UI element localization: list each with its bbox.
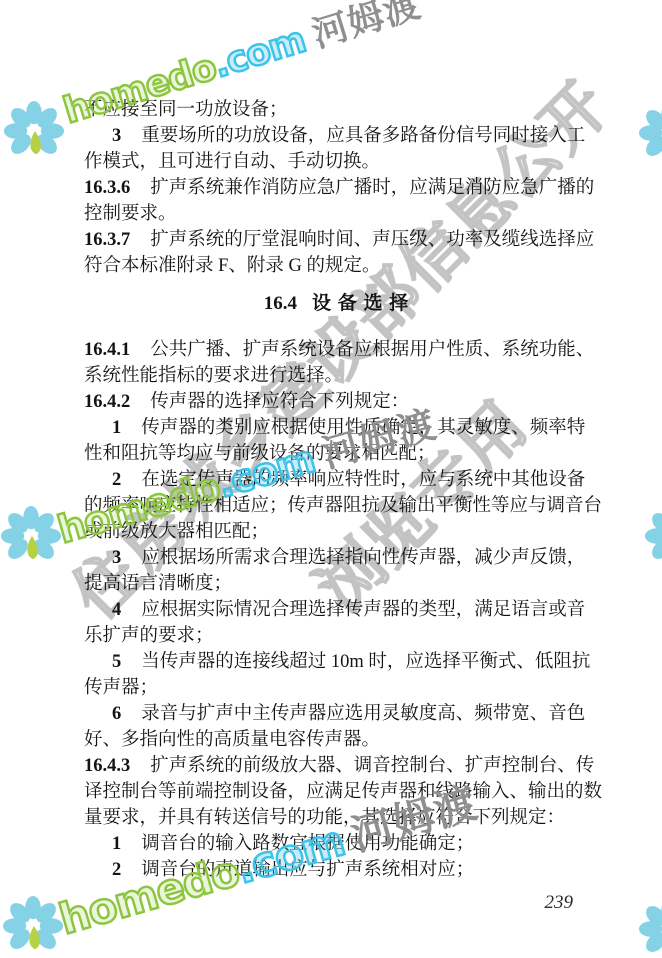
section-heading: 16.4 设 备 选 择 <box>84 289 589 319</box>
homedo-flower-icon <box>638 102 662 164</box>
document-page: 住房城乡建设部信息公开 浏览专用 不应接至同一功放设备；3重要场所的功放设备，应… <box>0 0 662 958</box>
clause-number: 16.3.6 <box>84 178 130 198</box>
clause-line: 符合本标准附录 F、附录 G 的规定。 <box>84 253 589 279</box>
clause-number: 6 <box>112 704 121 724</box>
homedo-domain-text: .com <box>209 20 310 86</box>
clause-line-numbered: 3重要场所的功放设备，应具备多路备份信号同时接入工 <box>84 123 589 149</box>
clause-number: 3 <box>112 548 121 568</box>
clause-number: 5 <box>112 652 121 672</box>
clause-text: 译控制台等前端控制设备，应满足传声器和线路输入、输出的数 <box>84 782 602 802</box>
clause-line-numbered: 6录音与扩声中主传声器应选用灵敏度高、频带宽、音色 <box>84 701 589 727</box>
clause-line-numbered: 3应根据场所需求合理选择指向性传声器，减少声反馈， <box>84 545 589 571</box>
section-heading-title: 设 备 选 择 <box>312 289 409 319</box>
clause-text: 公共广播、扩声系统设备应根据用户性质、系统功能、 <box>150 340 594 360</box>
clause-text: 符合本标准附录 F、附录 G 的规定。 <box>84 256 381 276</box>
clause-line-numbered: 16.4.2传声器的选择应符合下列规定： <box>84 389 589 415</box>
clause-line-numbered: 16.4.3扩声系统的前级放大器、调音控制台、扩声控制台、传 <box>84 753 589 779</box>
clause-line: 系统性能指标的要求进行选择。 <box>84 363 589 389</box>
text-block-before-heading: 不应接至同一功放设备；3重要场所的功放设备，应具备多路备份信号同时接入工作模式，… <box>84 97 589 279</box>
clause-text: 扩声系统的厅堂混响时间、声压级、功率及缆线选择应 <box>150 230 594 250</box>
clause-line: 提高语言清晰度； <box>84 571 589 597</box>
clause-number: 16.4.1 <box>84 340 130 360</box>
clause-number: 1 <box>112 834 121 854</box>
clause-text: 乐扩声的要求； <box>84 626 214 646</box>
clause-text: 好、多指向性的高质量电容传声器。 <box>84 730 380 750</box>
clause-text: 应根据场所需求合理选择指向性传声器，减少声反馈， <box>141 548 585 568</box>
clause-line: 控制要求。 <box>84 201 589 227</box>
clause-text: 提高语言清晰度； <box>84 574 232 594</box>
section-heading-number: 16.4 <box>264 289 297 319</box>
clause-line-numbered: 16.3.7扩声系统的厅堂混响时间、声压级、功率及缆线选择应 <box>84 227 589 253</box>
clause-text: 传声器； <box>84 678 158 698</box>
clause-text: 作模式，且可进行自动、手动切换。 <box>84 152 380 172</box>
homedo-flower-icon <box>0 505 62 567</box>
homedo-flower-icon <box>2 895 64 957</box>
homedo-flower-icon <box>644 505 662 567</box>
clause-line-numbered: 16.4.1公共广播、扩声系统设备应根据用户性质、系统功能、 <box>84 337 589 363</box>
clause-number: 16.3.7 <box>84 230 130 250</box>
clause-line: 作模式，且可进行自动、手动切换。 <box>84 149 589 175</box>
clause-text: 控制要求。 <box>84 204 177 224</box>
clause-text: 当传声器的连接线超过 10m 时，应选择平衡式、低阻抗 <box>141 652 590 672</box>
clause-line: 乐扩声的要求； <box>84 623 589 649</box>
clause-line: 好、多指向性的高质量电容传声器。 <box>84 727 589 753</box>
clause-number: 1 <box>112 418 121 438</box>
clause-text: 扩声系统兼作消防应急广播时，应满足消防应急广播的 <box>150 178 594 198</box>
homedo-flower-icon <box>638 898 662 958</box>
homedo-cjk-text: 河姆渡 <box>308 0 426 56</box>
clause-number: 16.4.3 <box>84 756 130 776</box>
clause-line-numbered: 4应根据实际情况合理选择传声器的类型，满足语言或音 <box>84 597 589 623</box>
homedo-brand-text: homedo <box>54 846 244 944</box>
clause-text: 录音与扩声中主传声器应选用灵敏度高、频带宽、音色 <box>141 704 585 724</box>
clause-text: 应根据实际情况合理选择传声器的类型，满足语言或音 <box>141 600 585 620</box>
clause-line: 传声器； <box>84 675 589 701</box>
clause-text: 扩声系统的前级放大器、调音控制台、扩声控制台、传 <box>150 756 594 776</box>
clause-number: 16.4.2 <box>84 392 130 412</box>
clause-number: 4 <box>112 600 121 620</box>
clause-line-numbered: 5当传声器的连接线超过 10m 时，应选择平衡式、低阻抗 <box>84 649 589 675</box>
homedo-flower-icon <box>3 100 65 162</box>
clause-text: 系统性能指标的要求进行选择。 <box>84 366 343 386</box>
clause-line: 译控制台等前端控制设备，应满足传声器和线路输入、输出的数 <box>84 779 589 805</box>
clause-number: 3 <box>112 126 121 146</box>
clause-text: 重要场所的功放设备，应具备多路备份信号同时接入工 <box>141 126 585 146</box>
clause-line-numbered: 16.3.6扩声系统兼作消防应急广播时，应满足消防应急广播的 <box>84 175 589 201</box>
